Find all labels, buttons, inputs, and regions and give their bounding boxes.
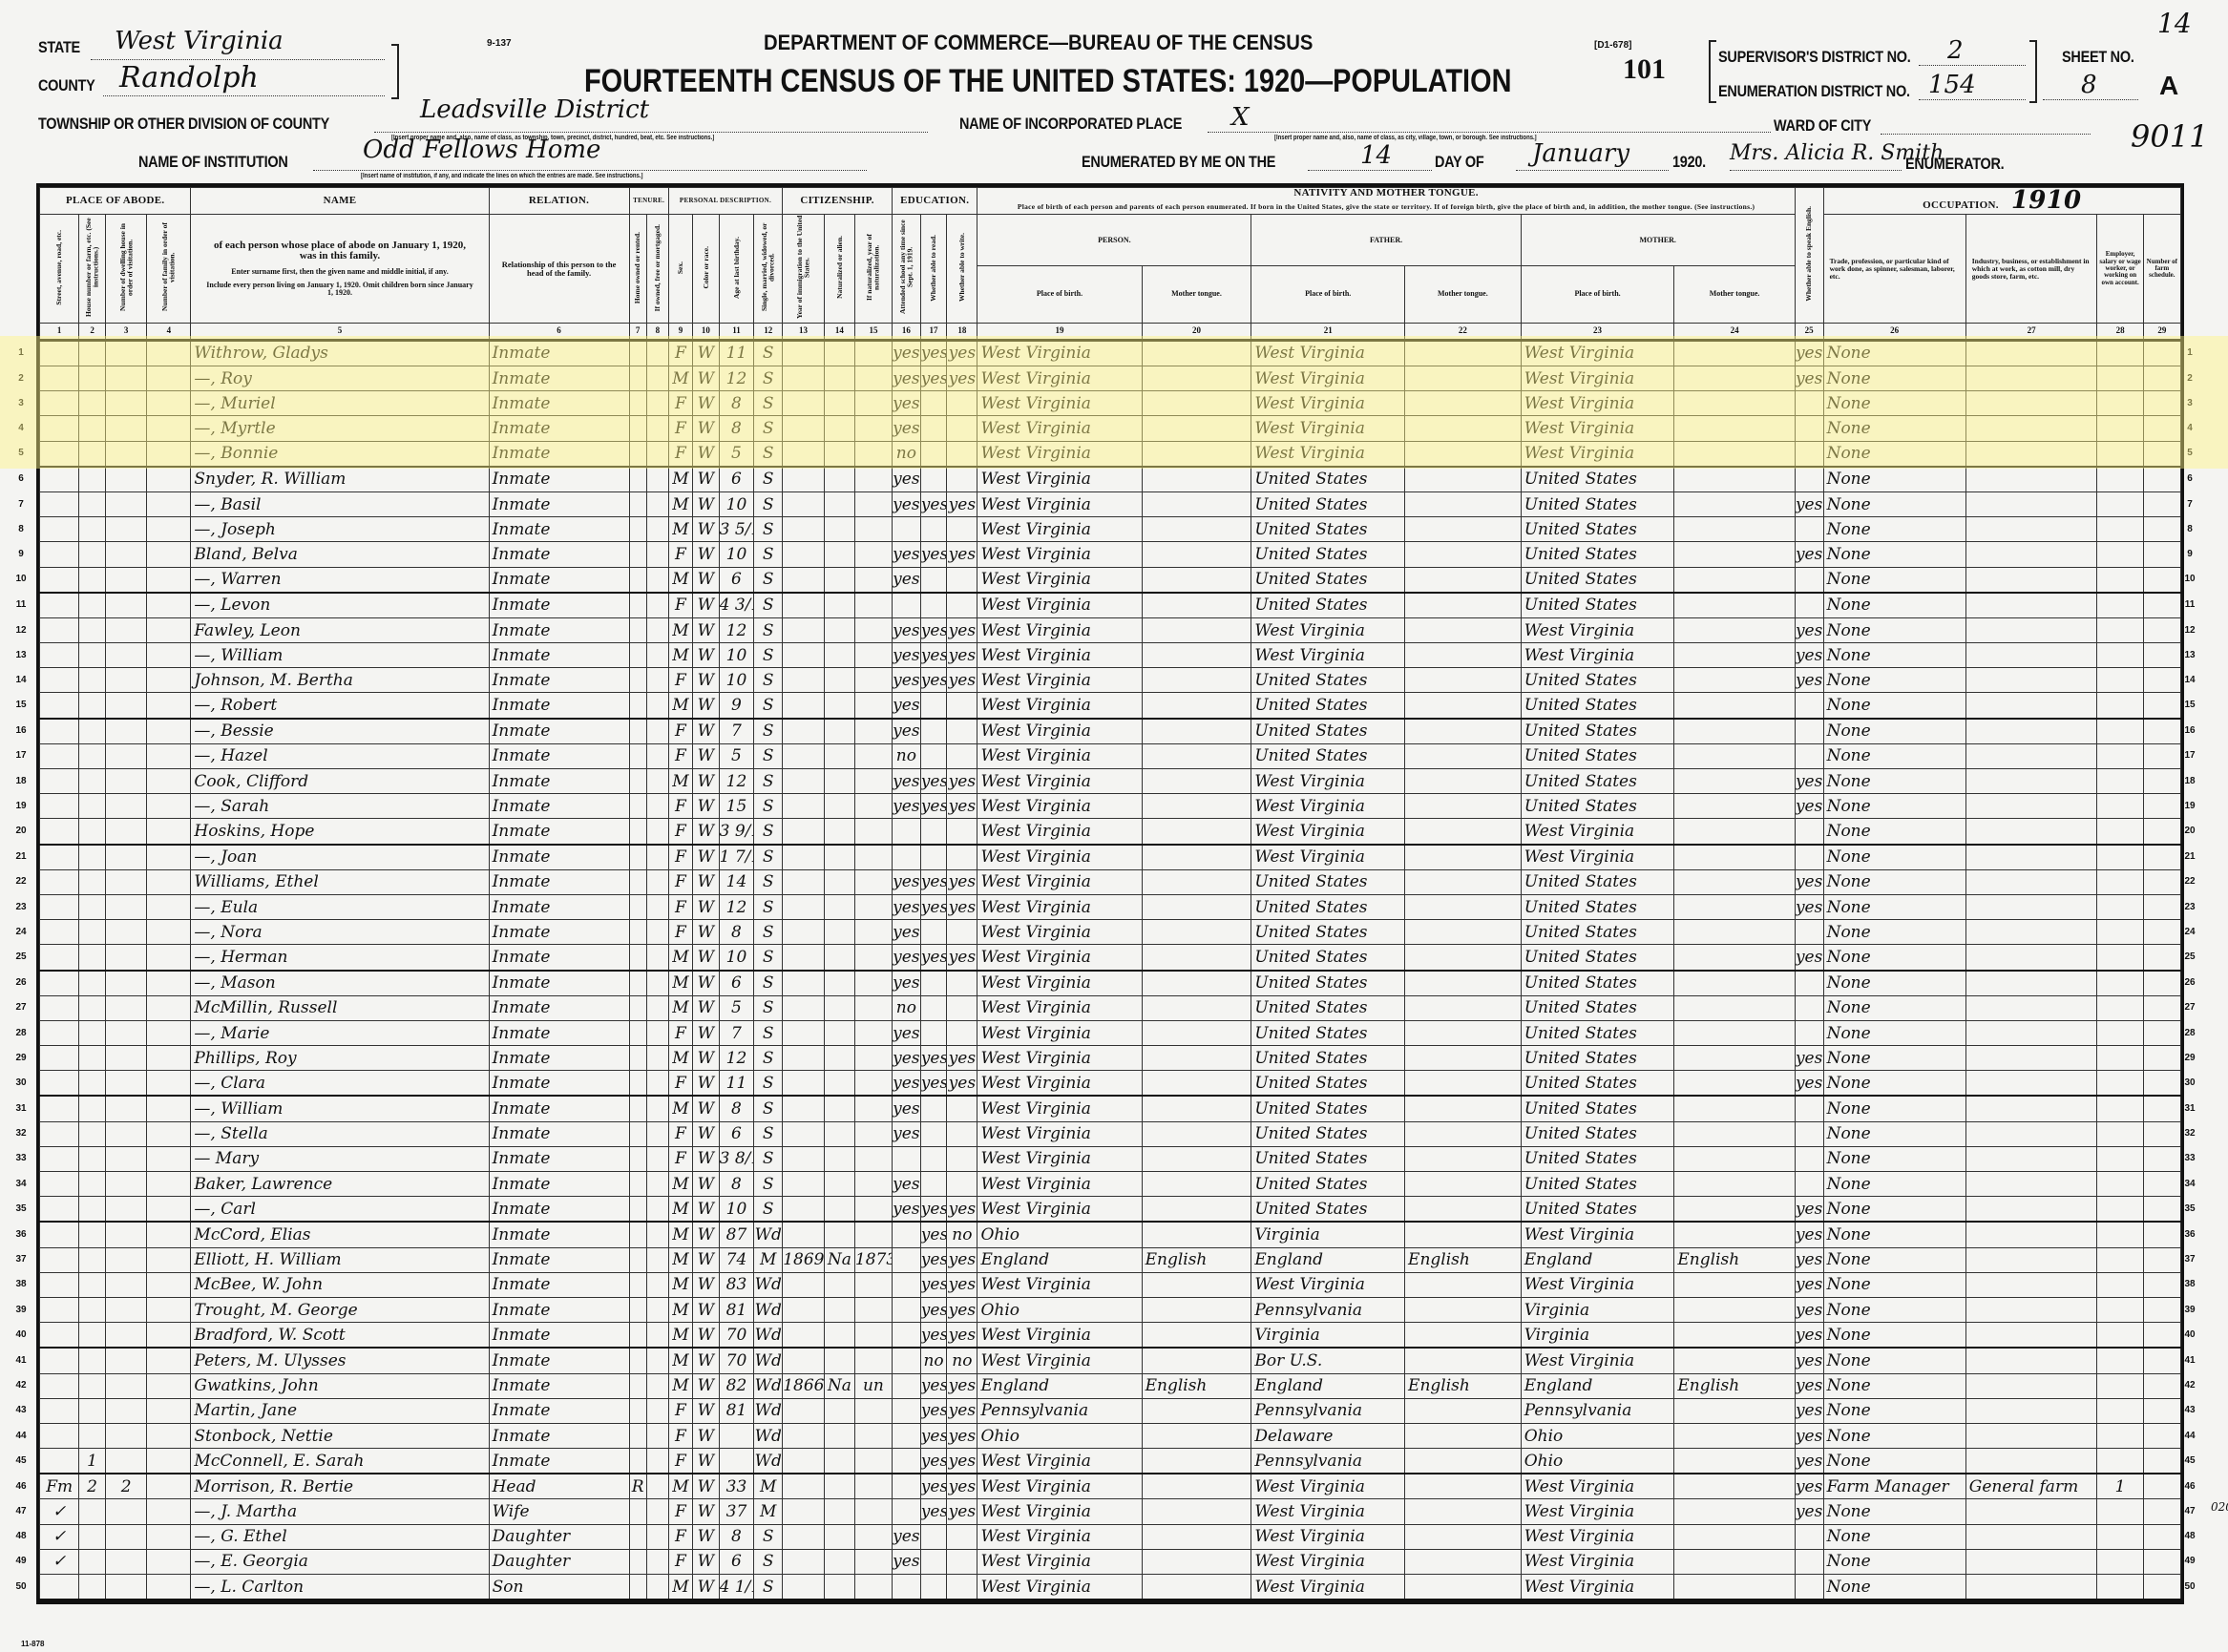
cell-dwelling xyxy=(105,542,147,567)
cell-f-tongue xyxy=(1405,1222,1522,1247)
cell-school: no xyxy=(892,441,920,467)
cell-farm xyxy=(2143,1575,2180,1600)
cell-read: yes xyxy=(920,668,947,693)
cell-marital: S xyxy=(754,1575,783,1600)
col27-header: Industry, business, or establishment in … xyxy=(1965,215,2097,323)
supervisor-label: SUPERVISOR'S DISTRICT NO. xyxy=(1718,48,1911,67)
cell-immig xyxy=(783,1474,825,1499)
cell-race: W xyxy=(693,719,720,744)
cell-sex: M xyxy=(668,1172,692,1197)
cell-birth: West Virginia xyxy=(977,467,1142,492)
line-number: 40 xyxy=(11,1329,31,1340)
cell-family xyxy=(147,769,191,794)
cell-sex: F xyxy=(668,1524,692,1549)
cell-m-birth: West Virginia xyxy=(1521,1575,1674,1600)
cell-family xyxy=(147,491,191,516)
cell-read xyxy=(920,719,947,744)
cell-trade: None xyxy=(1823,1071,1965,1097)
cell-farm xyxy=(2143,643,2180,668)
cell-industry xyxy=(1965,1549,2097,1574)
cell-race: W xyxy=(693,845,720,870)
cell-tongue xyxy=(1142,1575,1251,1600)
cell-immig xyxy=(783,1096,825,1121)
cell-marital: Wd xyxy=(754,1272,783,1297)
cell-school: yes xyxy=(892,794,920,819)
cell-age: 10 xyxy=(719,542,754,567)
table-row: ✓—, G. EthelDaughterFW8SyesWest Virginia… xyxy=(40,1524,2181,1549)
supervisor-underline xyxy=(1919,65,2026,66)
cell-english: yes xyxy=(1795,894,1823,919)
cell-birth: West Virginia xyxy=(977,1020,1142,1045)
cell-school xyxy=(892,1297,920,1322)
cell-race: W xyxy=(693,1272,720,1297)
cell-house: 2 xyxy=(79,1474,106,1499)
cell-sex: M xyxy=(668,1297,692,1322)
col29-header: Number of farm schedule. xyxy=(2143,215,2180,323)
col4-header: Number of family in order of visitation. xyxy=(147,215,191,323)
cell-sex: M xyxy=(668,1348,692,1373)
table-row: McMillin, RussellInmateMW5SnoWest Virgin… xyxy=(40,995,2181,1020)
cell-marital: Wd xyxy=(754,1373,783,1398)
col23-header: Place of birth. xyxy=(1521,266,1674,324)
line-number: 45 xyxy=(11,1455,31,1466)
cell-race: W xyxy=(693,517,720,542)
cell-employer xyxy=(2097,643,2143,668)
cell-family xyxy=(147,1172,191,1197)
cell-family xyxy=(147,920,191,945)
cell-industry xyxy=(1965,441,2097,467)
cell-m-birth: United States xyxy=(1521,593,1674,618)
cell-write: yes xyxy=(947,1297,977,1322)
cell-farm xyxy=(2143,693,2180,719)
cell-industry xyxy=(1965,1121,2097,1146)
cell-sex: F xyxy=(668,416,692,441)
cell-tongue xyxy=(1142,1398,1251,1423)
cell-name: —, William xyxy=(191,1096,489,1121)
cell-tongue xyxy=(1142,1096,1251,1121)
cell-street xyxy=(40,743,79,768)
column-number: 21 xyxy=(1251,323,1405,340)
cell-employer xyxy=(2097,971,2143,996)
cell-marital: Wd xyxy=(754,1222,783,1247)
cell-family xyxy=(147,1423,191,1448)
col14-header: Naturalized or alien. xyxy=(824,215,854,323)
cell-birth: West Virginia xyxy=(977,1096,1142,1121)
line-number: 23 xyxy=(11,902,31,912)
cell-relation: Inmate xyxy=(489,617,629,642)
cell-dwelling xyxy=(105,1046,147,1071)
cell-street xyxy=(40,1398,79,1423)
cell-industry xyxy=(1965,1071,2097,1097)
cell-dwelling xyxy=(105,1197,147,1223)
cell-sex: F xyxy=(668,1499,692,1524)
cell-immig xyxy=(783,416,825,441)
cell-read xyxy=(920,1524,947,1549)
column-number: 9 xyxy=(668,323,692,340)
line-number: 21 xyxy=(2180,851,2199,862)
cell-industry xyxy=(1965,1398,2097,1423)
cell-birth: England xyxy=(977,1247,1142,1272)
cell-family xyxy=(147,517,191,542)
cell-f-birth: United States xyxy=(1251,920,1405,945)
cell-english: yes xyxy=(1795,1474,1823,1499)
cell-m-tongue xyxy=(1674,1449,1795,1474)
cell-f-tongue xyxy=(1405,1297,1522,1322)
ward-label: WARD OF CITY xyxy=(1774,116,1871,136)
cell-f-tongue xyxy=(1405,1348,1522,1373)
enumerated-day-underline xyxy=(1308,170,1432,171)
cell-dwelling xyxy=(105,1146,147,1171)
cell-street xyxy=(40,1449,79,1474)
cell-family xyxy=(147,1323,191,1349)
cell-tongue xyxy=(1142,1323,1251,1349)
supervisor-value: 2 xyxy=(1947,36,1964,65)
cell-trade: None xyxy=(1823,542,1965,567)
cell-mortgage xyxy=(646,794,668,819)
cell-house: 1 xyxy=(79,1449,106,1474)
cell-mortgage xyxy=(646,517,668,542)
col20-header: Mother tongue. xyxy=(1142,266,1251,324)
cell-read xyxy=(920,995,947,1020)
cell-m-birth: United States xyxy=(1521,719,1674,744)
cell-english xyxy=(1795,467,1823,492)
cell-school xyxy=(892,1575,920,1600)
cell-employer xyxy=(2097,1373,2143,1398)
cell-farm xyxy=(2143,794,2180,819)
cell-school xyxy=(892,1398,920,1423)
cell-read: yes xyxy=(920,1398,947,1423)
cell-industry xyxy=(1965,1020,2097,1045)
line-number: 8 xyxy=(2180,524,2199,534)
cell-family xyxy=(147,441,191,467)
cell-write xyxy=(947,1524,977,1549)
cell-relation: Inmate xyxy=(489,340,629,366)
cell-family xyxy=(147,1524,191,1549)
cell-mortgage xyxy=(646,1222,668,1247)
cell-marital: S xyxy=(754,693,783,719)
cell-f-birth: West Virginia xyxy=(1251,794,1405,819)
cell-m-tongue xyxy=(1674,1096,1795,1121)
cell-owned xyxy=(629,769,646,794)
cell-marital: Wd xyxy=(754,1297,783,1322)
cell-nat xyxy=(824,1046,854,1071)
cell-name: — Mary xyxy=(191,1146,489,1171)
cell-birth: West Virginia xyxy=(977,794,1142,819)
cell-m-tongue xyxy=(1674,971,1795,996)
cell-natyear xyxy=(854,1449,892,1474)
cell-mortgage xyxy=(646,643,668,668)
cell-nat xyxy=(824,1474,854,1499)
cell-write xyxy=(947,693,977,719)
cell-house xyxy=(79,416,106,441)
cell-trade: None xyxy=(1823,894,1965,919)
cell-school: yes xyxy=(892,542,920,567)
cell-marital: S xyxy=(754,340,783,366)
line-number: 22 xyxy=(2180,876,2199,887)
cell-family xyxy=(147,743,191,768)
cell-english: yes xyxy=(1795,542,1823,567)
cell-natyear xyxy=(854,1121,892,1146)
col12-header: Single, married, widowed, or divorced. xyxy=(754,215,783,323)
cell-natyear xyxy=(854,794,892,819)
cell-age: 6 xyxy=(719,1121,754,1146)
cell-industry xyxy=(1965,719,2097,744)
district-bracket-left xyxy=(1709,40,1716,103)
table-row: Snyder, R. WilliamInmateMW6SyesWest Virg… xyxy=(40,467,2181,492)
cell-school: yes xyxy=(892,1046,920,1071)
cell-age: 4 1/12 xyxy=(719,1575,754,1600)
cell-sex: M xyxy=(668,467,692,492)
cell-nat xyxy=(824,366,854,391)
cell-immig xyxy=(783,593,825,618)
cell-mortgage xyxy=(646,1449,668,1474)
cell-english xyxy=(1795,920,1823,945)
table-row: Baker, LawrenceInmateMW8SyesWest Virgini… xyxy=(40,1172,2181,1197)
cell-read: yes xyxy=(920,1046,947,1071)
cell-tongue xyxy=(1142,617,1251,642)
cell-age: 3 5/12 xyxy=(719,517,754,542)
cell-write: yes xyxy=(947,1499,977,1524)
cell-m-tongue xyxy=(1674,1323,1795,1349)
cell-name: Snyder, R. William xyxy=(191,467,489,492)
cell-dwelling xyxy=(105,366,147,391)
cell-write: yes xyxy=(947,1398,977,1423)
cell-owned xyxy=(629,1524,646,1549)
line-number: 8 xyxy=(11,524,31,534)
sheet-underline xyxy=(2043,99,2138,100)
census-rows: Withrow, GladysInmateFW11SyesyesyesWest … xyxy=(40,340,2181,1600)
cell-family xyxy=(147,1549,191,1574)
cell-relation: Inmate xyxy=(489,491,629,516)
cell-read: yes xyxy=(920,366,947,391)
cell-nat xyxy=(824,1272,854,1297)
cell-natyear: 1873 xyxy=(854,1247,892,1272)
table-row: Withrow, GladysInmateFW11SyesyesyesWest … xyxy=(40,340,2181,366)
cell-natyear xyxy=(854,366,892,391)
cell-employer xyxy=(2097,769,2143,794)
cell-f-birth: United States xyxy=(1251,467,1405,492)
cell-house xyxy=(79,1297,106,1322)
line-number: 3 xyxy=(11,398,31,408)
cell-street xyxy=(40,845,79,870)
cell-natyear xyxy=(854,693,892,719)
cell-sex: M xyxy=(668,617,692,642)
cell-race: W xyxy=(693,617,720,642)
cell-race: W xyxy=(693,467,720,492)
cell-farm xyxy=(2143,1071,2180,1097)
cell-mortgage xyxy=(646,869,668,894)
cell-m-tongue xyxy=(1674,1172,1795,1197)
cell-relation: Inmate xyxy=(489,743,629,768)
cell-mortgage xyxy=(646,416,668,441)
cell-immig xyxy=(783,567,825,593)
cell-sex: F xyxy=(668,719,692,744)
line-number: 46 xyxy=(11,1481,31,1492)
cell-nat xyxy=(824,743,854,768)
person-subheader: PERSON. xyxy=(977,215,1251,266)
cell-family xyxy=(147,693,191,719)
cell-industry xyxy=(1965,945,2097,971)
cell-owned xyxy=(629,1071,646,1097)
cell-age xyxy=(719,1449,754,1474)
enumerated-label: ENUMERATED BY ME ON THE xyxy=(1082,153,1275,172)
line-number: 34 xyxy=(11,1179,31,1189)
name-group-header: NAME xyxy=(191,188,489,215)
cell-birth: West Virginia xyxy=(977,1449,1142,1474)
cell-mortgage xyxy=(646,542,668,567)
cell-marital: S xyxy=(754,1146,783,1171)
cell-birth: West Virginia xyxy=(977,593,1142,618)
cell-farm xyxy=(2143,1524,2180,1549)
table-row: —, ClaraInmateFW11SyesyesyesWest Virgini… xyxy=(40,1071,2181,1097)
table-row: —, BasilInmateMW10SyesyesyesWest Virgini… xyxy=(40,491,2181,516)
cell-house xyxy=(79,995,106,1020)
cell-m-tongue xyxy=(1674,441,1795,467)
cell-f-birth: Pennsylvania xyxy=(1251,1449,1405,1474)
cell-employer xyxy=(2097,668,2143,693)
cell-read: yes xyxy=(920,1222,947,1247)
cell-english: yes xyxy=(1795,1449,1823,1474)
cell-f-tongue xyxy=(1405,1121,1522,1146)
cell-owned: R xyxy=(629,1474,646,1499)
cell-f-birth: United States xyxy=(1251,1020,1405,1045)
cell-street xyxy=(40,1348,79,1373)
line-number: 33 xyxy=(2180,1153,2199,1163)
cell-marital: S xyxy=(754,517,783,542)
cell-street xyxy=(40,617,79,642)
cell-natyear xyxy=(854,1222,892,1247)
cell-marital: S xyxy=(754,617,783,642)
cell-natyear xyxy=(854,643,892,668)
cell-house xyxy=(79,794,106,819)
cell-nat xyxy=(824,1348,854,1373)
cell-read: yes xyxy=(920,945,947,971)
cell-immig xyxy=(783,945,825,971)
line-number: 50 xyxy=(2180,1581,2199,1592)
cell-family xyxy=(147,794,191,819)
cell-relation: Inmate xyxy=(489,1172,629,1197)
cell-trade: None xyxy=(1823,1323,1965,1349)
schedule-number: 101 xyxy=(1623,53,1666,86)
cell-f-birth: United States xyxy=(1251,869,1405,894)
cell-dwelling: 2 xyxy=(105,1474,147,1499)
cell-dwelling xyxy=(105,1297,147,1322)
cell-immig xyxy=(783,1323,825,1349)
cell-house xyxy=(79,1373,106,1398)
cell-write xyxy=(947,441,977,467)
cell-race: W xyxy=(693,1474,720,1499)
line-number: 40 xyxy=(2180,1329,2199,1340)
line-number: 42 xyxy=(11,1380,31,1391)
column-number: 24 xyxy=(1674,323,1795,340)
cell-trade: None xyxy=(1823,693,1965,719)
cell-trade: None xyxy=(1823,794,1965,819)
cell-sex: M xyxy=(668,1272,692,1297)
cell-m-birth: West Virginia xyxy=(1521,1348,1674,1373)
cell-birth: West Virginia xyxy=(977,693,1142,719)
cell-name: —, Joseph xyxy=(191,517,489,542)
citizenship-group-header: CITIZENSHIP. xyxy=(783,188,893,215)
cell-name: —, Warren xyxy=(191,567,489,593)
cell-natyear xyxy=(854,945,892,971)
cell-marital: S xyxy=(754,920,783,945)
cell-race: W xyxy=(693,491,720,516)
cell-sex: F xyxy=(668,845,692,870)
cell-owned xyxy=(629,340,646,366)
cell-owned xyxy=(629,643,646,668)
line-number: 41 xyxy=(2180,1355,2199,1366)
col9-header: Sex. xyxy=(668,215,692,323)
cell-read: yes xyxy=(920,1071,947,1097)
cell-mortgage xyxy=(646,1575,668,1600)
column-number: 4 xyxy=(147,323,191,340)
cell-school: yes xyxy=(892,920,920,945)
cell-family xyxy=(147,542,191,567)
cell-write xyxy=(947,971,977,996)
cell-mortgage xyxy=(646,1247,668,1272)
cell-m-birth: United States xyxy=(1521,467,1674,492)
table-row: Gwatkins, JohnInmateMW82Wd1866Naunyesyes… xyxy=(40,1373,2181,1398)
cell-name: —, Bonnie xyxy=(191,441,489,467)
cell-english: yes xyxy=(1795,643,1823,668)
cell-f-tongue xyxy=(1405,719,1522,744)
table-row: —, WarrenInmateMW6SyesWest VirginiaUnite… xyxy=(40,567,2181,593)
cell-name: —, E. Georgia xyxy=(191,1549,489,1574)
cell-street xyxy=(40,971,79,996)
cell-house xyxy=(79,1549,106,1574)
cell-marital: S xyxy=(754,971,783,996)
cell-marital: S xyxy=(754,567,783,593)
col1-header: Street, avenue, road, etc. xyxy=(40,215,79,323)
cell-farm xyxy=(2143,391,2180,416)
cell-relation: Inmate xyxy=(489,593,629,618)
cell-dwelling xyxy=(105,693,147,719)
cell-f-birth: England xyxy=(1251,1373,1405,1398)
cell-street: ✓ xyxy=(40,1524,79,1549)
cell-read xyxy=(920,1549,947,1574)
cell-sex: F xyxy=(668,920,692,945)
col21-header: Place of birth. xyxy=(1251,266,1405,324)
cell-english: yes xyxy=(1795,1197,1823,1223)
cell-trade: None xyxy=(1823,593,1965,618)
table-row: —, L. CarltonSonMW4 1/12SWest VirginiaWe… xyxy=(40,1575,2181,1600)
cell-industry xyxy=(1965,1247,2097,1272)
line-number: 7 xyxy=(11,499,31,510)
cell-relation: Inmate xyxy=(489,1071,629,1097)
cell-industry xyxy=(1965,1449,2097,1474)
cell-nat xyxy=(824,668,854,693)
cell-street xyxy=(40,1071,79,1097)
cell-race: W xyxy=(693,441,720,467)
cell-marital: M xyxy=(754,1247,783,1272)
cell-f-birth: West Virginia xyxy=(1251,769,1405,794)
cell-english xyxy=(1795,743,1823,768)
cell-marital: S xyxy=(754,416,783,441)
cell-immig xyxy=(783,1549,825,1574)
incorporated-label: NAME OF INCORPORATED PLACE xyxy=(959,115,1182,134)
cell-tongue xyxy=(1142,416,1251,441)
cell-name: —, Joan xyxy=(191,845,489,870)
cell-family xyxy=(147,1449,191,1474)
cell-nat xyxy=(824,1524,854,1549)
cell-birth: West Virginia xyxy=(977,1046,1142,1071)
cell-employer xyxy=(2097,995,2143,1020)
cell-family xyxy=(147,1020,191,1045)
cell-name: —, Sarah xyxy=(191,794,489,819)
cell-tongue xyxy=(1142,366,1251,391)
cell-read: yes xyxy=(920,769,947,794)
cell-age: 8 xyxy=(719,1524,754,1549)
